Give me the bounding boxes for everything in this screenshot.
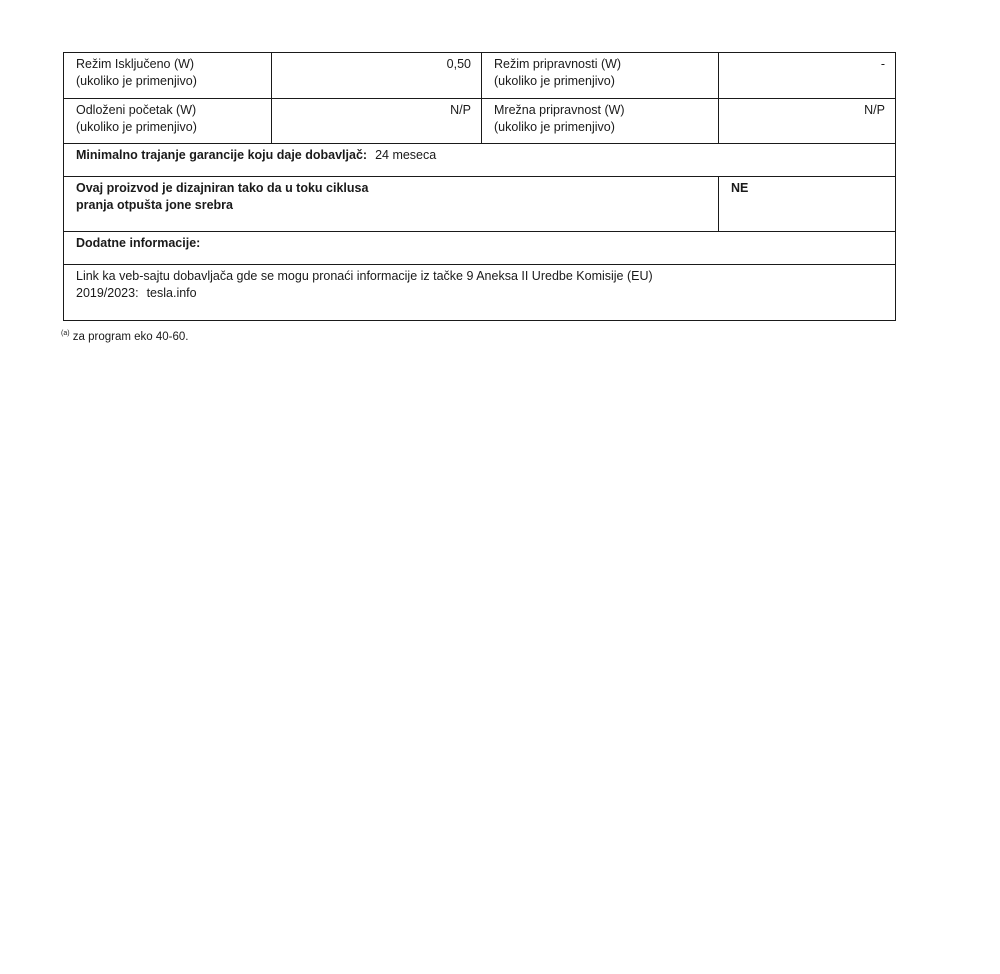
silver-ions-value: NE bbox=[719, 177, 896, 232]
energy-spec-table: Režim Isključeno (W) (ukoliko je primenj… bbox=[63, 52, 896, 321]
footnote: (a) za program eko 40-60. bbox=[61, 325, 895, 346]
table-row: Režim Isključeno (W) (ukoliko je primenj… bbox=[64, 53, 896, 99]
footnote-marker: (a) bbox=[61, 330, 70, 337]
table-row: Minimalno trajanje garancije koju daje d… bbox=[64, 144, 896, 177]
off-mode-label: Režim Isključeno (W) (ukoliko je primenj… bbox=[64, 53, 272, 99]
network-standby-label: Mrežna pripravnost (W) (ukoliko je prime… bbox=[482, 99, 719, 144]
table-row: Odloženi početak (W) (ukoliko je primenj… bbox=[64, 99, 896, 144]
supplier-link-cell: Link ka veb-sajtu dobavljača gde se mogu… bbox=[64, 265, 896, 321]
network-standby-value: N/P bbox=[719, 99, 896, 144]
standby-mode-value: - bbox=[719, 53, 896, 99]
additional-info-label: Dodatne informacije: bbox=[64, 232, 896, 265]
delayed-start-value: N/P bbox=[272, 99, 482, 144]
table-row: Dodatne informacije: bbox=[64, 232, 896, 265]
warranty-label: Minimalno trajanje garancije koju daje d… bbox=[76, 148, 367, 162]
delayed-start-label: Odloženi početak (W) (ukoliko je primenj… bbox=[64, 99, 272, 144]
warranty-value: 24 meseca bbox=[375, 148, 436, 162]
table-row: Ovaj proizvod je dizajniran tako da u to… bbox=[64, 177, 896, 232]
silver-ions-label: Ovaj proizvod je dizajniran tako da u to… bbox=[64, 177, 719, 232]
supplier-website-link[interactable]: tesla.info bbox=[147, 286, 197, 300]
document-page: Režim Isključeno (W) (ukoliko je primenj… bbox=[63, 52, 895, 346]
warranty-cell: Minimalno trajanje garancije koju daje d… bbox=[64, 144, 896, 177]
table-row: Link ka veb-sajtu dobavljača gde se mogu… bbox=[64, 265, 896, 321]
off-mode-value: 0,50 bbox=[272, 53, 482, 99]
standby-mode-label: Režim pripravnosti (W) (ukoliko je prime… bbox=[482, 53, 719, 99]
footnote-text: za program eko 40-60. bbox=[73, 331, 189, 343]
